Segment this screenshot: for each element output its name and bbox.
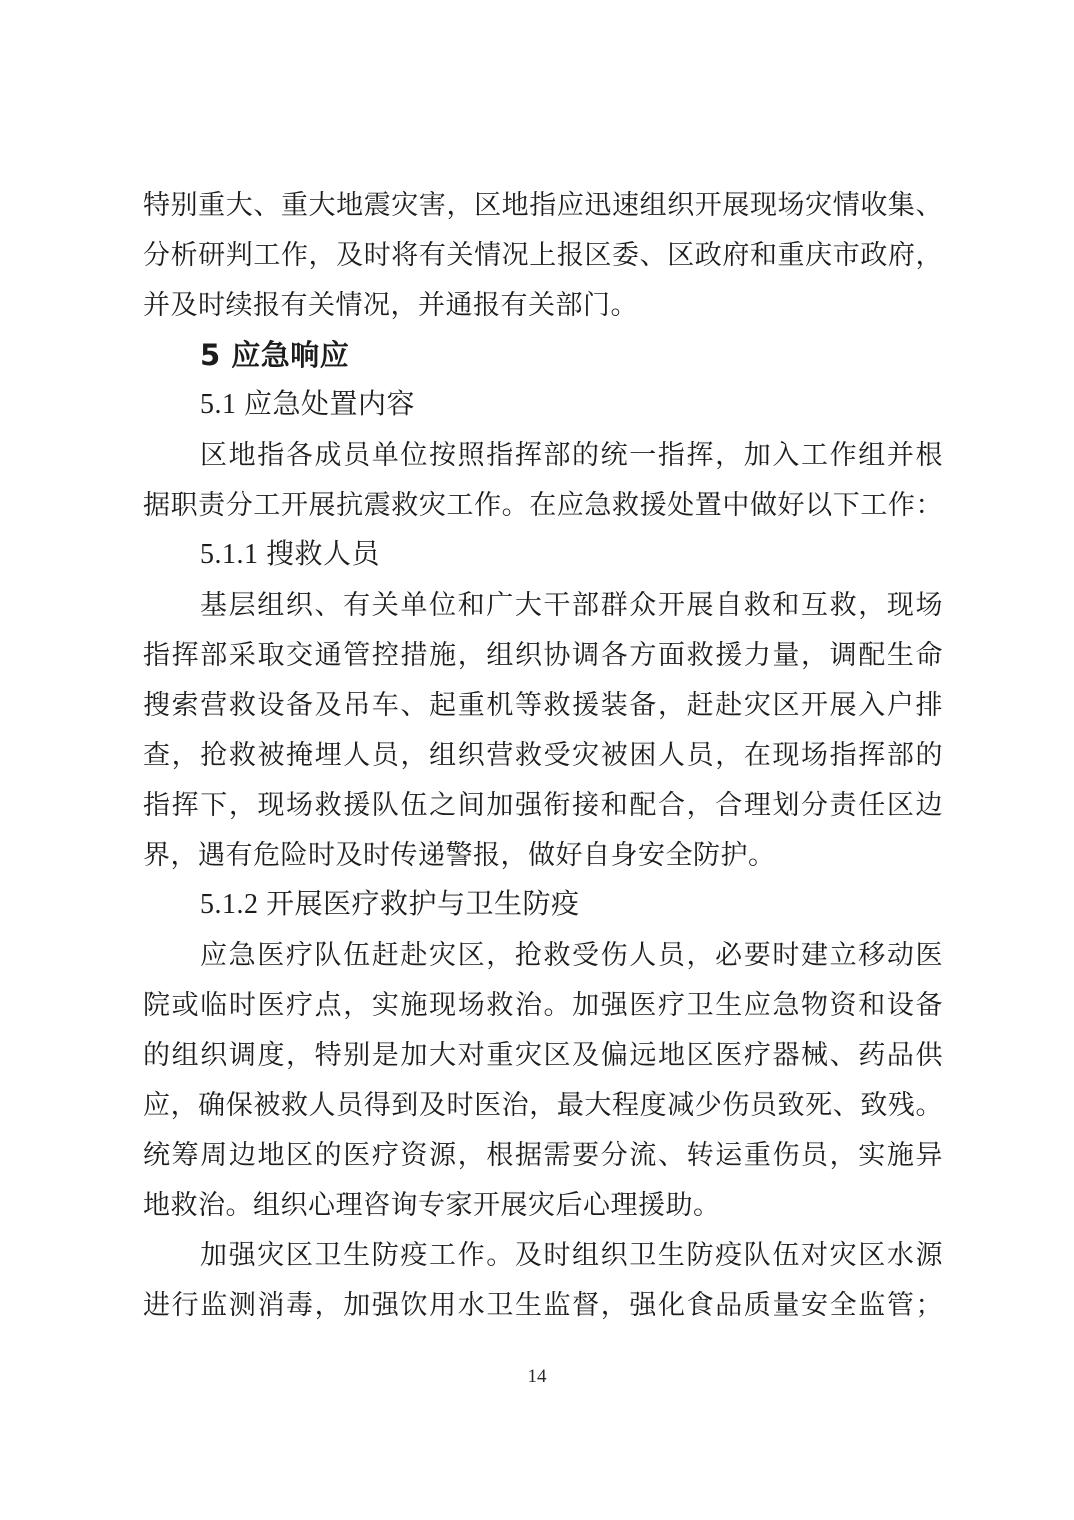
text-line: 搜索营救设备及吊车、起重机等救援装备，赶赴灾区开展入户排 — [143, 680, 943, 730]
text-line: 院或临时医疗点，实施现场救治。加强医疗卫生应急物资和设备 — [143, 980, 943, 1030]
text-line: 基层组织、有关单位和广大干部群众开展自救和互救，现场 — [143, 580, 943, 630]
text-line: 据职责分工开展抗震救灾工作。在应急救援处置中做好以下工作： — [143, 480, 943, 530]
document-page: 特别重大、重大地震灾害，区地指应迅速组织开展现场灾情收集、 分析研判工作，及时将… — [0, 0, 1074, 1520]
text-line: 进行监测消毒，加强饮用水卫生监督，强化食品质量安全监管； — [143, 1280, 943, 1330]
text-line: 指挥下，现场救援队伍之间加强衔接和配合，合理划分责任区边 — [143, 780, 943, 830]
text-line: 地救治。组织心理咨询专家开展灾后心理援助。 — [143, 1180, 943, 1230]
section-heading-5-1-2: 5.1.2 开展医疗救护与卫生防疫 — [143, 880, 943, 930]
document-content: 特别重大、重大地震灾害，区地指应迅速组织开展现场灾情收集、 分析研判工作，及时将… — [143, 180, 943, 1330]
text-line: 指挥部采取交通管控措施，组织协调各方面救援力量，调配生命 — [143, 630, 943, 680]
text-line: 分析研判工作，及时将有关情况上报区委、区政府和重庆市政府， — [143, 230, 943, 280]
text-line: 界，遇有危险时及时传递警报，做好自身安全防护。 — [143, 830, 943, 880]
text-line: 应急医疗队伍赶赴灾区，抢救受伤人员，必要时建立移动医 — [143, 930, 943, 980]
text-line: 查，抢救被掩埋人员，组织营救受灾被困人员，在现场指挥部的 — [143, 730, 943, 780]
page-number: 14 — [0, 1366, 1074, 1388]
section-heading-5-1: 5.1 应急处置内容 — [143, 380, 943, 430]
text-line: 区地指各成员单位按照指挥部的统一指挥，加入工作组并根 — [143, 430, 943, 480]
text-line: 统筹周边地区的医疗资源，根据需要分流、转运重伤员，实施异 — [143, 1130, 943, 1180]
text-line: 特别重大、重大地震灾害，区地指应迅速组织开展现场灾情收集、 — [143, 180, 943, 230]
text-line: 加强灾区卫生防疫工作。及时组织卫生防疫队伍对灾区水源 — [143, 1230, 943, 1280]
section-heading-5-1-1: 5.1.1 搜救人员 — [143, 530, 943, 580]
text-line: 应，确保被救人员得到及时医治，最大程度减少伤员致死、致残。 — [143, 1080, 943, 1130]
section-heading-5: 5 应急响应 — [143, 330, 943, 380]
text-line: 的组织调度，特别是加大对重灾区及偏远地区医疗器械、药品供 — [143, 1030, 943, 1080]
text-line: 并及时续报有关情况，并通报有关部门。 — [143, 280, 943, 330]
